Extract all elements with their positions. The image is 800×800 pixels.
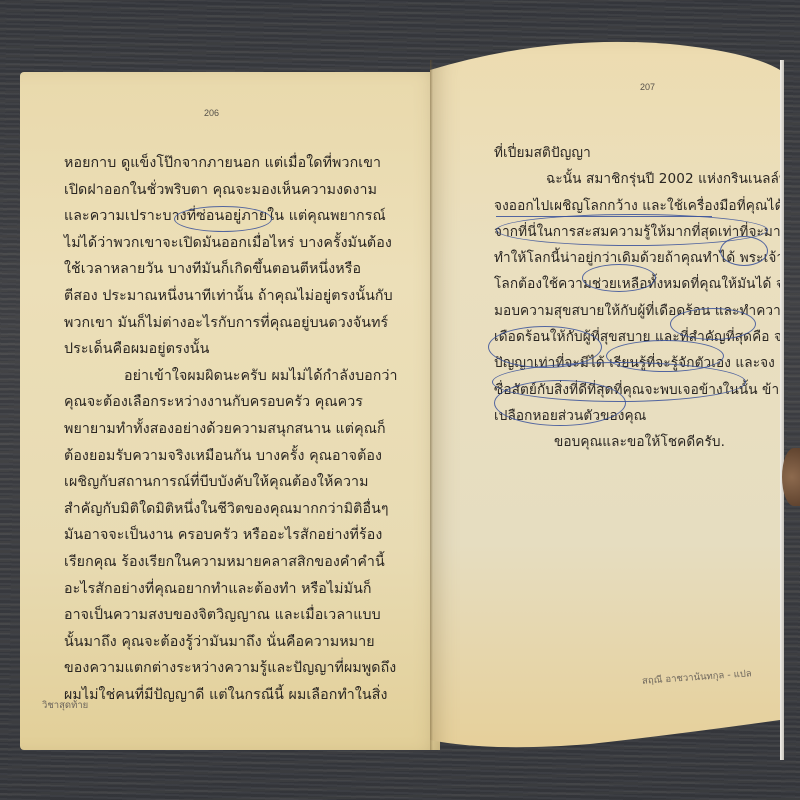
text-line: เปิดฝาออกในชั่วพริบตา คุณจะมองเห็นความงด… bbox=[64, 177, 398, 204]
text-line: อาจเป็นความสงบของจิตวิญญาณ และเมื่อเวลาแ… bbox=[64, 602, 398, 629]
page-number: 207 bbox=[640, 82, 655, 92]
page-number: 206 bbox=[204, 108, 219, 118]
pen-underline-annotation bbox=[496, 216, 712, 217]
right-page: 207 ที่เปี่ยมสติปัญญา ฉะนั้น สมาชิกรุ่นป… bbox=[430, 40, 780, 760]
translator-footer: สฤณี อาชวานันทกุล - แปล bbox=[642, 666, 753, 689]
text-line: ประเด็นคือผมอยู่ตรงนั้น bbox=[64, 336, 398, 363]
text-line: ซื่อสัตย์กับสิ่งที่ดีที่สุดที่คุณจะพบเจอ… bbox=[494, 377, 800, 403]
text-line: อย่าเข้าใจผมผิดนะครับ ผมไม่ได้กำลังบอกว่… bbox=[64, 363, 398, 390]
text-line: เรียกคุณ ร้องเรียกในความหมายคลาสสิกของคำ… bbox=[64, 549, 398, 576]
text-line: นั้นมาถึง คุณจะต้องรู้ว่ามันมาถึง นั่นคื… bbox=[64, 629, 398, 656]
text-line: ทำให้โลกนี้น่าอยู่กว่าเดิมด้วยถ้าคุณทำได… bbox=[494, 245, 800, 271]
book-spine bbox=[430, 60, 433, 750]
closing-line: ขอบคุณและขอให้โชคดีครับ. bbox=[494, 429, 800, 455]
right-page-body: ที่เปี่ยมสติปัญญา ฉะนั้น สมาชิกรุ่นปี 20… bbox=[494, 140, 800, 456]
text-line: ปัญญาเท่าที่จะมีได้ เรียนรู้ที่จะรู้จักต… bbox=[494, 350, 800, 376]
text-line: ฉะนั้น สมาชิกรุ่นปี 2002 แห่งกรินเนลล์ทั… bbox=[494, 166, 800, 192]
left-page-body: หอยกาบ ดูแข็งโป๊กจากภายนอก แต่เมื่อใดที่… bbox=[64, 150, 398, 708]
text-line: ไม่ได้ว่าพวกเขาจะเปิดมันออกเมื่อไหร่ บาง… bbox=[64, 230, 398, 257]
text-line: พยายามทำทั้งสองอย่างด้วยความสนุกสนาน แต่… bbox=[64, 416, 398, 443]
text-line: และความเปราะบางที่ซ่อนอยู่ภายใน แต่คุณพย… bbox=[64, 203, 398, 230]
text-line: คุณจะต้องเลือกระหว่างงานกับครอบครัว คุณค… bbox=[64, 389, 398, 416]
text-line: มันอาจจะเป็นงาน ครอบครัว หรืออะไรสักอย่า… bbox=[64, 522, 398, 549]
thumb bbox=[782, 448, 800, 506]
book-edge bbox=[780, 60, 784, 760]
text-line: มอบความสุขสบายให้กับผู้ที่เดือดร้อน และท… bbox=[494, 298, 800, 324]
text-line: จงออกไปเผชิญโลกกว้าง และใช้เครื่องมือที่… bbox=[494, 193, 800, 219]
text-line: หอยกาบ ดูแข็งโป๊กจากภายนอก แต่เมื่อใดที่… bbox=[64, 150, 398, 177]
text-line: เปลือกหอยส่วนตัวของคุณ bbox=[494, 403, 800, 429]
book-title-footer: วิชาสุดท้าย bbox=[42, 698, 88, 713]
text-line: ตีสอง ประมาณหนึ่งนาทีเท่านั้น ถ้าคุณไม่อ… bbox=[64, 283, 398, 310]
text-line: โลกต้องใช้ความช่วยเหลือทั้งหมดที่คุณให้ม… bbox=[494, 271, 800, 297]
text-line: อะไรสักอย่างที่คุณอยากทำและต้องทำ หรือไม… bbox=[64, 576, 398, 603]
left-page: 206 หอยกาบ ดูแข็งโป๊กจากภายนอก แต่เมื่อใ… bbox=[20, 72, 440, 750]
text-line: เดือดร้อนให้กับผู้ที่สุขสบาย และที่สำคัญ… bbox=[494, 324, 800, 350]
text-line: ที่เปี่ยมสติปัญญา bbox=[494, 140, 800, 166]
text-line: สำคัญกับมิติใดมิติหนึ่งในชีวิตของคุณมากก… bbox=[64, 496, 398, 523]
text-line: ของความแตกต่างระหว่างความรู้และปัญญาที่ผ… bbox=[64, 655, 398, 682]
text-line: พวกเขา มันก็ไม่ต่างอะไรกับการที่คุณอยู่บ… bbox=[64, 310, 398, 337]
text-line: ผมไม่ใช่คนที่มีปัญญาดี แต่ในกรณีนี้ ผมเล… bbox=[64, 682, 398, 709]
text-line: เผชิญกับสถานการณ์ที่บีบบังคับให้คุณต้องใ… bbox=[64, 469, 398, 496]
text-line: จากที่นี่ในการสะสมความรู้ให้มากที่สุดเท่… bbox=[494, 219, 800, 245]
text-line: ใช้เวลาหลายวัน บางทีมันก็เกิดขึ้นตอนตีหน… bbox=[64, 256, 398, 283]
text-line: ต้องยอมรับความจริงเหมือนกัน บางครั้ง คุณ… bbox=[64, 443, 398, 470]
